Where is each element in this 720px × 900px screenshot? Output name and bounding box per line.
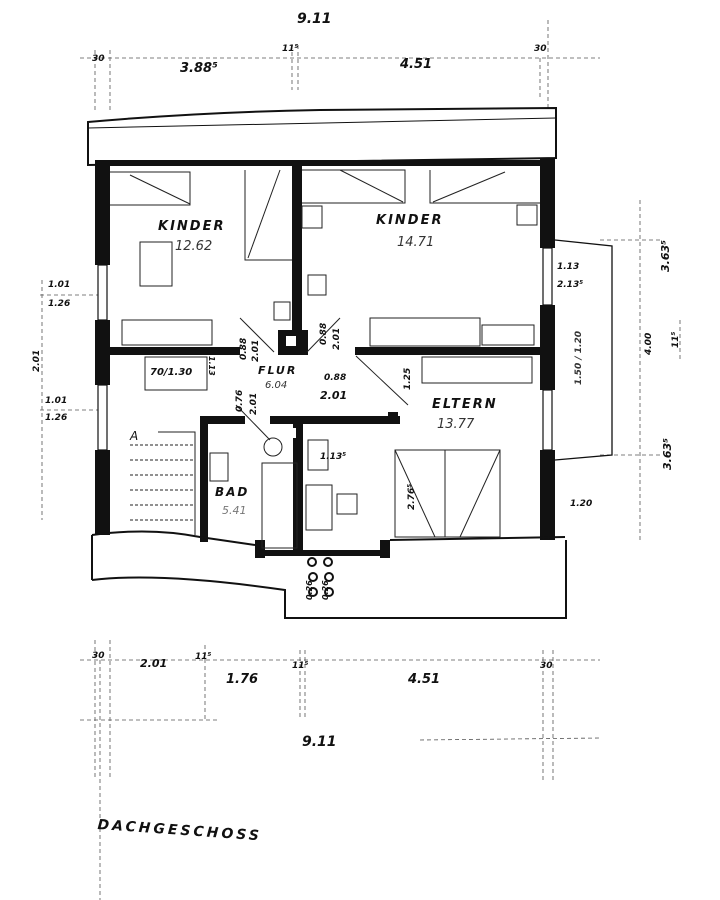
door-bad-width: 0.76: [236, 390, 245, 412]
wall-eltern-door: 2.76⁵: [408, 484, 417, 510]
door-eltern-width: 0.88: [324, 374, 346, 383]
room-eltern-name: ELTERN: [432, 398, 498, 411]
dim-bottom-total: 9.11: [302, 735, 337, 749]
dim-top-seg-1: 30: [92, 55, 105, 64]
roof-edge-bottom: [92, 531, 566, 618]
right-lower: 3.63⁵: [662, 438, 673, 470]
left-window-upper-width: 1.01: [48, 281, 70, 290]
left-window-lower-height: 1.26: [45, 414, 67, 423]
chimney-dim-1: 0.26: [306, 580, 314, 600]
roof-edge-top: [88, 108, 556, 165]
window-flur-size: 70/1.30: [150, 368, 192, 378]
dormer-label: 1.50 / 1.20: [575, 331, 584, 385]
dim-bottom-seg-2: 2.01: [140, 658, 167, 669]
door-bad-height: 2.01: [250, 393, 259, 415]
door-eltern-height: 2.01: [320, 390, 347, 401]
room-flur-area: 6.04: [265, 381, 287, 391]
right-upper: 3.63⁵: [660, 240, 671, 272]
dim-top-total: 9.11: [297, 12, 332, 26]
wall-eltern-upper: 1.25: [404, 368, 413, 390]
room-kinder-left-name: KINDER: [158, 220, 225, 233]
room-flur-name: FLUR: [258, 365, 297, 376]
room-kinder-left-area: 12.62: [175, 240, 212, 253]
dim-bottom-seg-5: 11⁵: [292, 662, 308, 671]
right-bottom-window: 1.20: [570, 500, 592, 509]
door-kinder-right-width: 0.88: [320, 323, 329, 345]
dim-bottom-seg-4: 1.76: [226, 673, 258, 686]
dormer-window-width: 1.13: [557, 263, 579, 272]
flur-niche: 1.13: [207, 356, 215, 376]
door-kinder-right-height: 2.01: [333, 328, 342, 350]
walls: [95, 158, 555, 558]
dim-top-seg-2: 3.88⁵: [180, 62, 218, 75]
room-kinder-right-area: 14.71: [397, 236, 434, 249]
room-kinder-right-name: KINDER: [376, 214, 443, 227]
floor-plan-drawing: [0, 0, 720, 900]
stair-marker: A: [130, 430, 138, 442]
room-bad-area: 5.41: [222, 505, 247, 516]
room-eltern-area: 13.77: [437, 418, 474, 431]
left-window-upper-height: 1.26: [48, 300, 70, 309]
dim-top-seg-3: 11⁵: [282, 45, 298, 54]
door-kinder-left-width: 0.88: [240, 338, 249, 360]
dim-top-seg-5: 30: [534, 45, 547, 54]
dim-bottom-seg-1: 30: [92, 652, 105, 661]
right-wall: 11⁵: [672, 332, 681, 348]
left-total: 2.01: [33, 350, 42, 372]
dim-bottom-seg-3: 11⁵: [195, 653, 211, 662]
left-window-lower-width: 1.01: [45, 397, 67, 406]
dormer-window-height: 2.13⁵: [557, 281, 583, 290]
room-bad-name: BAD: [215, 486, 249, 498]
dim-bottom-seg-6: 4.51: [408, 673, 440, 686]
bad-niche-dim: 1.13⁵: [320, 453, 346, 462]
door-kinder-left-height: 2.01: [252, 340, 261, 362]
right-middle: 4.00: [645, 333, 654, 355]
chimney-dim-2: 0.26: [322, 580, 330, 600]
dim-bottom-seg-7: 30: [540, 662, 553, 671]
dim-top-seg-4: 4.51: [400, 58, 432, 71]
